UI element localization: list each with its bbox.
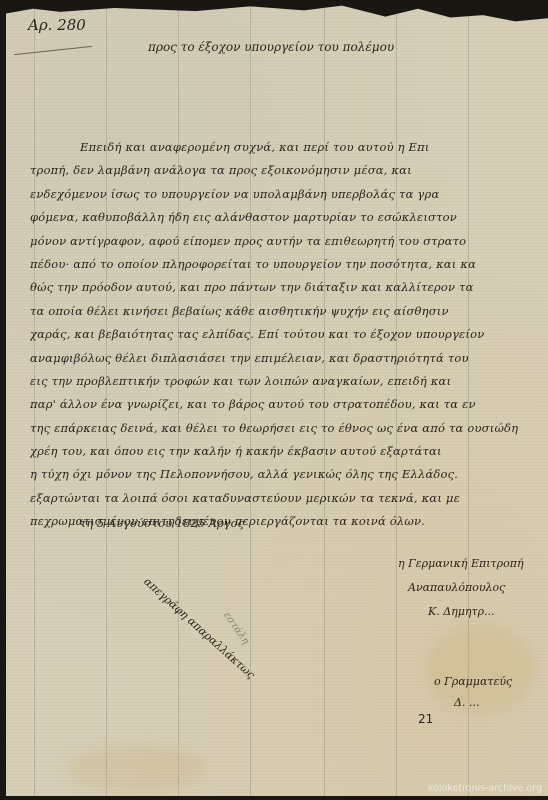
body-line: εις την προβλεπτικήν τροφών και των λοιπ… bbox=[30, 370, 540, 393]
body-line: εξαρτώνται τα λοιπά όσοι καταδυναστεύουν… bbox=[30, 487, 540, 510]
body-line: φόμενα, καθυποβάλλη ήδη εις αλάνθαστον μ… bbox=[30, 206, 540, 229]
signature-line: η Γερμανική Επιτροπή bbox=[398, 552, 548, 576]
letter-body: Επειδή και αναφερομένη συχνά, και περί τ… bbox=[30, 136, 540, 534]
archive-watermark: kolokotronis-archive.org bbox=[428, 783, 542, 794]
secretary-block: ο Γραμματεύς Δ. ... bbox=[434, 670, 512, 712]
body-line: η τύχη όχι μόνον της Πελοποννήσου, αλλά … bbox=[30, 463, 540, 486]
signature-line: Κ. Δημητρ... bbox=[398, 600, 548, 624]
folio-number: 21 bbox=[418, 712, 433, 726]
secretary-title: ο Γραμματεύς bbox=[434, 670, 512, 694]
body-line: της επάρκειας δεινά, και θέλει το θεωρήσ… bbox=[30, 417, 540, 440]
reference-number: Αρ. 280 bbox=[28, 16, 86, 34]
body-line: τροπή, δεν λαμβάνη ανάλογα τα προς εξοικ… bbox=[30, 159, 540, 182]
body-line: πέδου· από το οποίον πληροφορείται το υπ… bbox=[30, 253, 540, 276]
addressee-heading: προς το έξοχον υπουργείον του πολέμου bbox=[148, 40, 394, 54]
body-line: χαράς, και βεβαιότητας τας ελπίδας. Επί … bbox=[30, 323, 540, 346]
body-line: αναμφιβόλως θέλει διπλασιάσει την επιμέλ… bbox=[30, 347, 540, 370]
body-line: μόνον αντίγραφον, αφού είπομεν προς αυτή… bbox=[30, 230, 540, 253]
paper-stain bbox=[66, 744, 206, 794]
body-line: ενδεχόμενον ίσως το υπουργείον να υπολαμ… bbox=[30, 183, 540, 206]
body-line: τα οποία θέλει κινήσει βεβαίως κάθε αισθ… bbox=[30, 300, 540, 323]
date-place-line: τη 5 Αυγούστου 1825 Άργος bbox=[80, 516, 244, 530]
body-line: Επειδή και αναφερομένη συχνά, και περί τ… bbox=[30, 136, 540, 159]
body-line: παρ' άλλον ένα γνωρίζει, και το βάρος αυ… bbox=[30, 393, 540, 416]
signature-line: Αναπαυλόπουλος bbox=[398, 576, 548, 600]
signature-block: η Γερμανική Επιτροπή Αναπαυλόπουλος Κ. Δ… bbox=[398, 552, 548, 624]
body-line: θώς την πρόοδον αυτού, και προ πάντων τη… bbox=[30, 276, 540, 299]
body-line: χρέη του, και όπου εις την καλήν ή κακήν… bbox=[30, 440, 540, 463]
secretary-signature: Δ. ... bbox=[434, 694, 512, 712]
